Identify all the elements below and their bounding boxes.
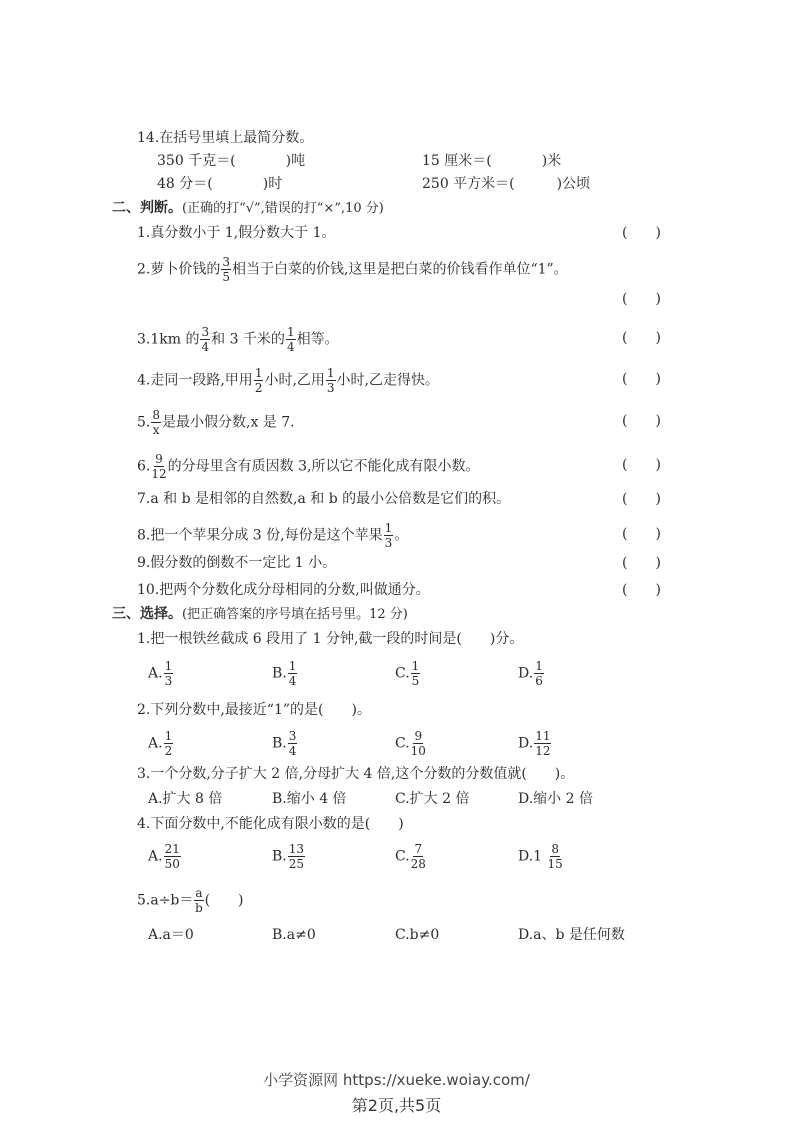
denominator: 3	[327, 381, 335, 394]
option-label: B.	[272, 736, 287, 752]
judge-5-pre: 5.	[137, 415, 150, 431]
fraction: 14	[288, 660, 298, 687]
judge-2-pre: 2.萝卜价钱的	[137, 262, 220, 278]
judge-item-1: 1.真分数小于 1,假分数大于 1。	[137, 224, 336, 242]
paren-close: )	[655, 370, 660, 388]
judge-answer-8[interactable]: ()	[622, 525, 661, 543]
choice-q5-option-d[interactable]: D.a、b 是任何数	[518, 926, 625, 944]
judge-answer-10[interactable]: ()	[622, 581, 661, 599]
q14-item-2-right: )米	[542, 153, 561, 169]
denominator: 15	[548, 857, 563, 870]
choice-q2-option-d[interactable]: D.1112	[518, 730, 552, 757]
denominator: 3	[385, 536, 393, 549]
judge-6-post: 的分母里含有质因数 3,所以它不能化成有限小数。	[168, 459, 480, 475]
denominator: 10	[411, 744, 426, 757]
option-label: B.	[272, 849, 287, 865]
paren-open: (	[622, 412, 627, 430]
paren-open: (	[622, 525, 627, 543]
fraction: ab	[194, 887, 203, 914]
numerator: 21	[164, 843, 181, 857]
numerator: 7	[413, 843, 423, 857]
choice-q2-option-b[interactable]: B.34	[272, 730, 298, 757]
paren-close: )	[655, 329, 660, 347]
q14-item-1-right: )吨	[286, 153, 305, 169]
judge-answer-7[interactable]: ()	[622, 490, 661, 508]
q14-item-4: 250 平方米＝()公顷	[422, 175, 590, 193]
section-2-heading: 二、判断。(正确的打“√”,错误的打“×”,10 分)	[112, 199, 384, 218]
choice-q4-option-b[interactable]: B.1325	[272, 843, 306, 870]
section-2-note: (正确的打“√”,错误的打“×”,10 分)	[182, 201, 384, 216]
option-label: A.	[148, 666, 163, 682]
judge-3-post: 相等。	[297, 332, 339, 348]
q14-item-1-left: 350 千克＝(	[157, 153, 236, 169]
choice-q4-option-a[interactable]: A.2150	[148, 843, 182, 870]
q14-title: 14.在括号里填上最简分数。	[137, 129, 313, 147]
judge-item-2: 2.萝卜价钱的35相当于白菜的价钱,这里是把白菜的价钱看作单位“1”。	[137, 256, 568, 283]
numerator: 1	[286, 326, 296, 340]
fraction: 13	[384, 522, 394, 549]
judge-4-post: 小时,乙走得快。	[337, 373, 439, 389]
judge-answer-3[interactable]: ()	[622, 329, 661, 347]
numerator: 1	[254, 367, 264, 381]
judge-4-mid: 小时,乙用	[264, 373, 324, 389]
denominator: 4	[201, 340, 209, 353]
section-2-title: 二、判断。	[112, 200, 182, 216]
numerator: 3	[288, 730, 298, 744]
paren-close: )	[655, 412, 660, 430]
fraction: 34	[288, 730, 298, 757]
fraction: 34	[200, 326, 210, 353]
choice-q4-stem: 4.下面分数中,不能化成有限小数的是( )	[137, 815, 404, 833]
numerator: 8	[151, 409, 161, 423]
denominator: 50	[165, 857, 180, 870]
fraction: 16	[534, 660, 544, 687]
paren-open: (	[622, 581, 627, 599]
paren-close: )	[655, 525, 660, 543]
paren-open: (	[622, 370, 627, 388]
fraction: 912	[151, 453, 166, 480]
numerator: 8	[550, 843, 560, 857]
choice-q3-option-b[interactable]: B.缩小 4 倍	[272, 790, 347, 808]
fraction: 2150	[164, 843, 181, 870]
paren-open: (	[622, 329, 627, 347]
fraction: 8x	[151, 409, 161, 436]
paren-open: (	[622, 290, 627, 308]
paren-close: )	[655, 456, 660, 474]
q14-item-3-right: )时	[263, 176, 282, 192]
numerator: 9	[413, 730, 423, 744]
choice-q1-option-a[interactable]: A.13	[148, 660, 174, 687]
q14-item-4-left: 250 平方米＝(	[422, 176, 515, 192]
choice-q3-stem: 3.一个分数,分子扩大 2 倍,分母扩大 4 倍,这个分数的分数值就( )。	[137, 765, 574, 783]
paren-open: (	[622, 490, 627, 508]
fraction: 1112	[534, 730, 551, 757]
stem-post: ( )	[205, 893, 244, 909]
choice-q1-stem: 1.把一根铁丝截成 6 段用了 1 分钟,截一段的时间是( )分。	[137, 630, 523, 648]
paren-close: )	[655, 290, 660, 308]
choice-q2-option-c[interactable]: C.910	[395, 730, 427, 757]
judge-answer-9[interactable]: ()	[622, 554, 661, 572]
judge-8-pre: 8.把一个苹果分成 3 份,每份是这个苹果	[137, 528, 383, 544]
fraction: 12	[254, 367, 264, 394]
choice-q4-option-d[interactable]: D.1 815	[518, 843, 564, 870]
numerator: 3	[221, 256, 231, 270]
numerator: 3	[200, 326, 210, 340]
option-label: D.	[518, 666, 533, 682]
fraction: 1325	[288, 843, 305, 870]
choice-q3-option-d[interactable]: D.缩小 2 倍	[518, 790, 593, 808]
numerator: 11	[534, 730, 551, 744]
footer-site: 小学资源网 https://xueke.woiay.com/	[0, 1069, 793, 1090]
judge-8-post: 。	[394, 528, 408, 544]
fraction: 815	[548, 843, 563, 870]
fraction: 728	[411, 843, 426, 870]
denominator: 25	[289, 857, 304, 870]
denominator: 2	[165, 744, 173, 757]
fraction: 15	[411, 660, 421, 687]
numerator: 1	[288, 660, 298, 674]
stem-pre: 5.a÷b＝	[137, 893, 193, 909]
judge-item-4: 4.走同一段路,甲用12小时,乙用13小时,乙走得快。	[137, 367, 439, 394]
denominator: 4	[287, 340, 295, 353]
option-label: C.	[395, 736, 410, 752]
denominator: x	[153, 423, 160, 436]
denominator: 3	[165, 674, 173, 687]
denominator: 2	[255, 381, 263, 394]
paren-close: )	[655, 554, 660, 572]
denominator: 12	[535, 744, 550, 757]
footer-page-number: 第2页,共5页	[0, 1093, 793, 1116]
q14-item-1: 350 千克＝()吨	[157, 152, 305, 170]
choice-q2-stem: 2.下列分数中,最接近“1”的是( )。	[137, 701, 371, 719]
option-label: D.1	[518, 849, 547, 865]
q14-item-3: 48 分＝()时	[157, 175, 282, 193]
choice-q5-option-b[interactable]: B.a≠0	[272, 926, 316, 944]
numerator: 13	[288, 843, 305, 857]
choice-q5-stem: 5.a÷b＝ab( )	[137, 887, 244, 914]
judge-answer-1[interactable]: ()	[622, 224, 661, 242]
judge-answer-2[interactable]: ()	[622, 290, 661, 308]
denominator: 5	[222, 270, 230, 283]
section-3-note: (把正确答案的序号填在括号里。12 分)	[182, 607, 408, 622]
choice-q4-option-c[interactable]: C.728	[395, 843, 427, 870]
choice-q5-option-a[interactable]: A.a＝0	[148, 926, 194, 944]
numerator: 1	[326, 367, 336, 381]
choice-q3-option-c[interactable]: C.扩大 2 倍	[395, 790, 469, 808]
choice-q2-option-a[interactable]: A.12	[148, 730, 174, 757]
option-label: A.	[148, 849, 163, 865]
q14-item-3-left: 48 分＝(	[157, 176, 213, 192]
judge-6-pre: 6.	[137, 459, 150, 475]
paren-close: )	[655, 490, 660, 508]
option-label: D.	[518, 736, 533, 752]
paren-open: (	[622, 456, 627, 474]
numerator: 9	[154, 453, 164, 467]
denominator: 6	[535, 674, 543, 687]
fraction: 13	[326, 367, 336, 394]
fraction: 14	[286, 326, 296, 353]
fraction: 12	[164, 730, 174, 757]
judge-3-pre: 3.1km 的	[137, 332, 199, 348]
q14-item-2-left: 15 厘米＝(	[422, 153, 492, 169]
option-label: B.	[272, 666, 287, 682]
choice-q5-option-c[interactable]: C.b≠0	[395, 926, 439, 944]
section-3-title: 三、选择。	[112, 606, 182, 622]
denominator: 4	[289, 674, 297, 687]
numerator: a	[194, 887, 203, 901]
judge-item-5: 5.8x是最小假分数,x 是 7.	[137, 409, 295, 436]
denominator: b	[195, 901, 203, 914]
judge-item-7: 7.a 和 b 是相邻的自然数,a 和 b 的最小公倍数是它们的积。	[137, 490, 510, 508]
judge-answer-4[interactable]: ()	[622, 370, 661, 388]
fraction: 35	[221, 256, 231, 283]
paren-close: )	[655, 581, 660, 599]
judge-4-pre: 4.走同一段路,甲用	[137, 373, 253, 389]
denominator: 4	[289, 744, 297, 757]
numerator: 1	[534, 660, 544, 674]
numerator: 1	[384, 522, 394, 536]
q14-item-2: 15 厘米＝()米	[422, 152, 561, 170]
judge-answer-6[interactable]: ()	[622, 456, 661, 474]
paren-open: (	[622, 224, 627, 242]
section-3-heading: 三、选择。(把正确答案的序号填在括号里。12 分)	[112, 605, 408, 624]
choice-q1-option-b[interactable]: B.14	[272, 660, 298, 687]
paren-open: (	[622, 554, 627, 572]
choice-q3-option-a[interactable]: A.扩大 8 倍	[148, 790, 222, 808]
numerator: 1	[164, 660, 174, 674]
judge-answer-5[interactable]: ()	[622, 412, 661, 430]
denominator: 28	[411, 857, 426, 870]
judge-5-post: 是最小假分数,x 是 7.	[162, 415, 295, 431]
judge-item-8: 8.把一个苹果分成 3 份,每份是这个苹果13。	[137, 522, 408, 549]
judge-item-9: 9.假分数的倒数不一定比 1 小。	[137, 554, 336, 572]
q14-item-4-right: )公顷	[557, 176, 590, 192]
numerator: 1	[411, 660, 421, 674]
numerator: 1	[164, 730, 174, 744]
option-label: A.	[148, 736, 163, 752]
paren-close: )	[655, 224, 660, 242]
denominator: 5	[412, 674, 420, 687]
option-label: C.	[395, 666, 410, 682]
judge-2-post: 相当于白菜的价钱,这里是把白菜的价钱看作单位“1”。	[232, 262, 568, 278]
judge-item-10: 10.把两个分数化成分母相同的分数,叫做通分。	[137, 581, 430, 599]
fraction: 13	[164, 660, 174, 687]
denominator: 12	[151, 467, 166, 480]
fraction: 910	[411, 730, 426, 757]
choice-q1-option-d[interactable]: D.16	[518, 660, 545, 687]
judge-3-mid: 和 3 千米的	[211, 332, 285, 348]
judge-item-6: 6.912的分母里含有质因数 3,所以它不能化成有限小数。	[137, 453, 479, 480]
choice-q1-option-c[interactable]: C.15	[395, 660, 421, 687]
judge-item-3: 3.1km 的34和 3 千米的14相等。	[137, 326, 339, 353]
option-label: C.	[395, 849, 410, 865]
